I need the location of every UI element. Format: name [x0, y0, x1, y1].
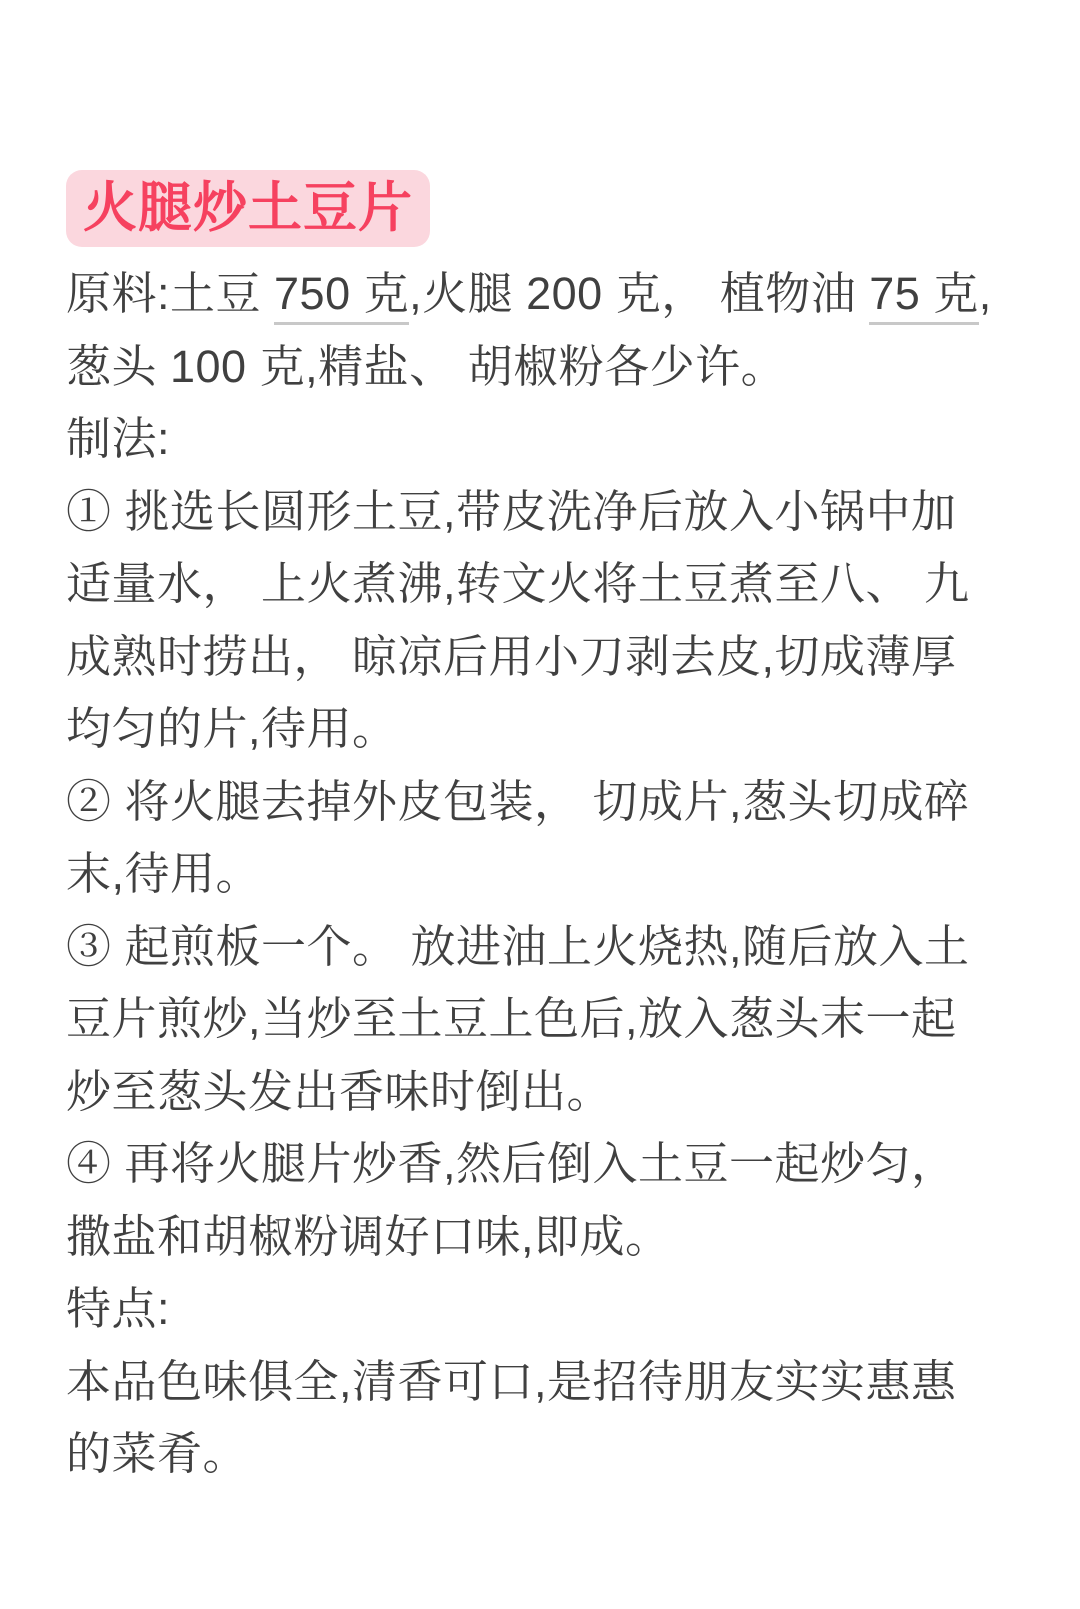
text-segment: ③ 起煎板一个。 放进油上火烧热,随后放入土 — [66, 921, 970, 972]
ingredients-line-2: 葱头 100 克,精盐、 胡椒粉各少许。 — [66, 331, 1040, 404]
recipe-body: 原料:土豆 750 克,火腿 200 克， 植物油 75 克,葱头 100 克,… — [66, 258, 1040, 1491]
features-line-1: 本品色味俱全,清香可口,是招待朋友实实惠惠 — [66, 1346, 1040, 1419]
text-segment: 末,待用。 — [66, 848, 261, 899]
step-2-line-1: ② 将火腿去掉外皮包装， 切成片,葱头切成碎 — [66, 766, 1040, 839]
text-segment: ,火腿 200 克， 植物油 — [409, 268, 869, 319]
step-3-line-1: ③ 起煎板一个。 放进油上火烧热,随后放入土 — [66, 911, 1040, 984]
step-1-line-3: 成熟时捞出， 晾凉后用小刀剥去皮,切成薄厚 — [66, 621, 1040, 694]
step-1-line-2: 适量水， 上火煮沸,转文火将土豆煮至八、 九 — [66, 548, 1040, 621]
text-segment: 撒盐和胡椒粉调好口味,即成。 — [66, 1211, 671, 1262]
text-segment: ② 将火腿去掉外皮包装， 切成片,葱头切成碎 — [66, 776, 970, 827]
text-segment: 葱头 100 克,精盐、 胡椒粉各少许。 — [66, 341, 786, 392]
ingredients-line-1: 原料:土豆 750 克,火腿 200 克， 植物油 75 克, — [66, 258, 1040, 331]
step-1-line-4: 均匀的片,待用。 — [66, 693, 1040, 766]
features-label: 特点: — [66, 1273, 1040, 1346]
text-segment: 原料:土豆 — [66, 268, 274, 319]
step-4-line-2: 撒盐和胡椒粉调好口味,即成。 — [66, 1201, 1040, 1274]
text-segment: 的菜肴。 — [66, 1428, 248, 1479]
text-segment: 成熟时捞出， 晾凉后用小刀剥去皮,切成薄厚 — [66, 631, 957, 682]
method-label: 制法: — [66, 403, 1040, 476]
recipe-page: 火腿炒土豆片 原料:土豆 750 克,火腿 200 克， 植物油 75 克,葱头… — [0, 0, 1080, 1609]
text-segment: 本品色味俱全,清香可口,是招待朋友实实惠惠 — [66, 1356, 957, 1407]
underlined-quantity: 75 克 — [869, 268, 979, 325]
features-line-2: 的菜肴。 — [66, 1418, 1040, 1491]
underlined-quantity: 750 克 — [274, 268, 409, 325]
step-2-line-2: 末,待用。 — [66, 838, 1040, 911]
text-segment: 豆片煎炒,当炒至土豆上色后,放入葱头末一起 — [66, 993, 957, 1044]
step-3-line-3: 炒至葱头发出香味时倒出。 — [66, 1056, 1040, 1129]
text-segment: 炒至葱头发出香味时倒出。 — [66, 1066, 612, 1117]
text-segment: ① 挑选长圆形土豆,带皮洗净后放入小锅中加 — [66, 486, 957, 537]
recipe-title: 火腿炒土豆片 — [66, 170, 430, 247]
step-4-line-1: ④ 再将火腿片炒香,然后倒入土豆一起炒匀， — [66, 1128, 1040, 1201]
step-1-line-1: ① 挑选长圆形土豆,带皮洗净后放入小锅中加 — [66, 476, 1040, 549]
text-segment: , — [979, 268, 992, 319]
step-3-line-2: 豆片煎炒,当炒至土豆上色后,放入葱头末一起 — [66, 983, 1040, 1056]
text-segment: ④ 再将火腿片炒香,然后倒入土豆一起炒匀， — [66, 1138, 957, 1189]
text-segment: 均匀的片,待用。 — [66, 703, 398, 754]
recipe-title-highlight: 火腿炒土豆片 — [66, 170, 430, 247]
text-segment: 特点: — [66, 1283, 170, 1334]
text-segment: 适量水， 上火煮沸,转文火将土豆煮至八、 九 — [66, 558, 970, 609]
text-segment: 制法: — [66, 413, 170, 464]
